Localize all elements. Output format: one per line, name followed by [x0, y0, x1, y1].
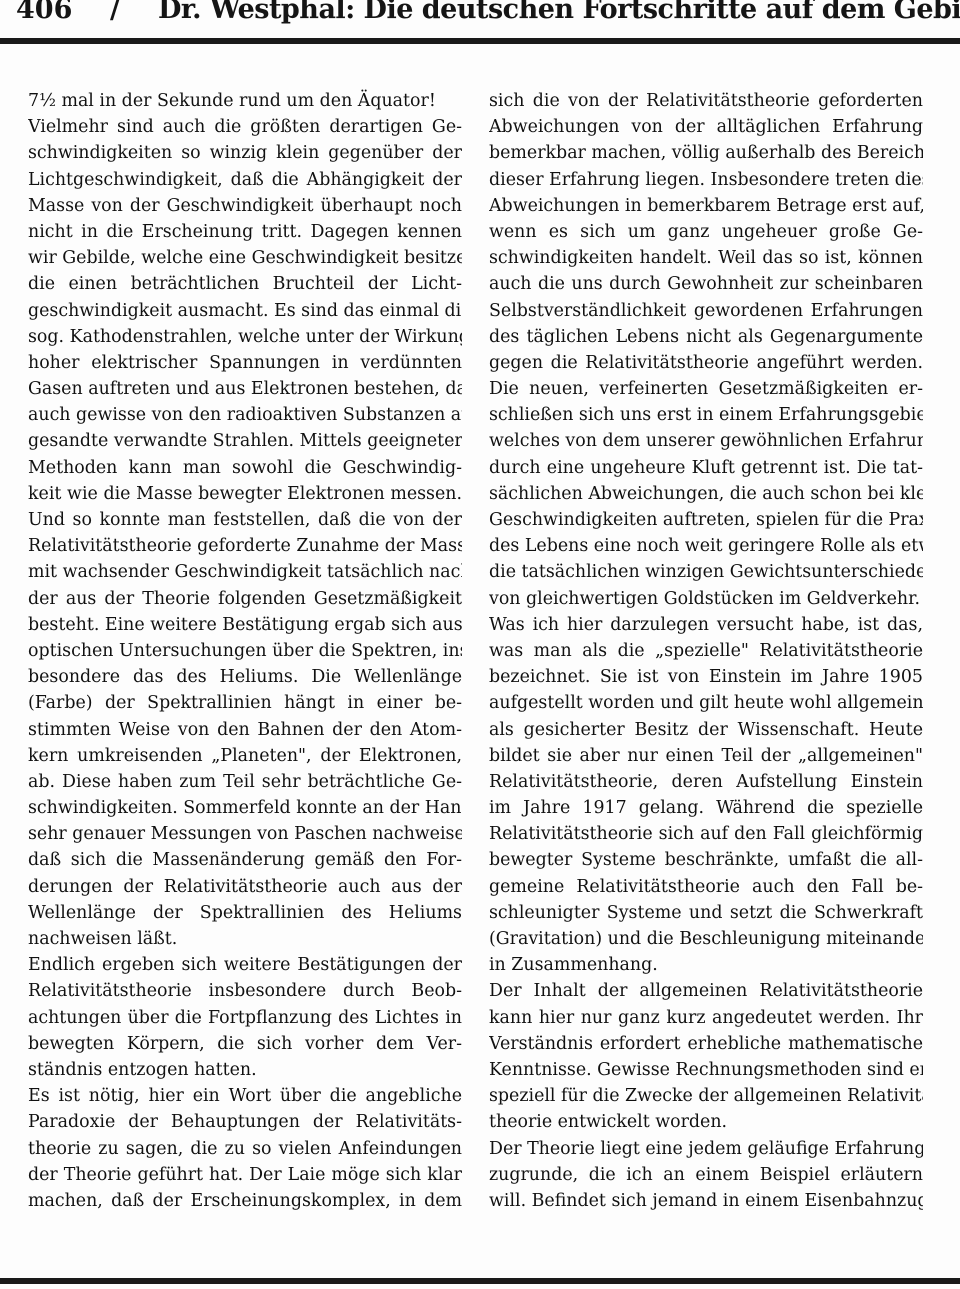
text-line: daß sich die Massenänderung gemäß den Fo… — [28, 847, 462, 873]
text-line: (Farbe) der Spektrallinien hängt in eine… — [28, 690, 462, 716]
text-line: dieser Erfahrung liegen. Insbesondere tr… — [489, 167, 923, 193]
text-line: sächlichen Abweichungen, die auch schon … — [489, 481, 923, 507]
text-line: optischen Untersuchungen über die Spektr… — [28, 638, 462, 664]
text-line: was man als die „spezielle" Relativitäts… — [489, 638, 923, 664]
text-line: besondere das des Heliums. Die Wellenlän… — [28, 664, 462, 690]
text-line: keit wie die Masse bewegter Elektronen m… — [28, 481, 462, 507]
text-line: schwindigkeiten. Sommerfeld konnte an de… — [28, 795, 462, 821]
text-line: schwindigkeiten handelt. Weil das so ist… — [489, 245, 923, 271]
text-line: Verständnis erfordert erhebliche mathema… — [489, 1031, 923, 1057]
text-line: nicht in die Erscheinung tritt. Dagegen … — [28, 219, 462, 245]
text-line: Und so konnte man feststellen, daß die v… — [28, 507, 462, 533]
text-line: ständnis entzogen hatten. — [28, 1057, 462, 1083]
text-line: Abweichungen von der alltäglichen Erfahr… — [489, 114, 923, 140]
text-line: schleunigter Systeme und setzt die Schwe… — [489, 900, 923, 926]
text-line: hoher elektrischer Spannungen in verdünn… — [28, 350, 462, 376]
text-line: der Theorie geführt hat. Der Laie möge s… — [28, 1162, 462, 1188]
text-line: Lichtgeschwindigkeit, daß die Abhängigke… — [28, 167, 462, 193]
text-line: Geschwindigkeiten auftreten, spielen für… — [489, 507, 923, 533]
text-line: nachweisen läßt. — [28, 926, 462, 952]
text-line: kann hier nur ganz kurz angedeutet werde… — [489, 1005, 923, 1031]
text-line: gegen die Relativitätstheorie angeführt … — [489, 350, 923, 376]
text-line: bezeichnet. Sie ist von Einstein im Jahr… — [489, 664, 923, 690]
text-line: Die neuen, verfeinerten Gesetzmäßigkeite… — [489, 376, 923, 402]
text-line: kern umkreisenden „Planeten", der Elektr… — [28, 743, 462, 769]
text-line: des täglichen Lebens nicht als Gegenargu… — [489, 324, 923, 350]
text-line: speziell für die Zwecke der allgemeinen … — [489, 1083, 923, 1109]
text-line: besteht. Eine weitere Bestätigung ergab … — [28, 612, 462, 638]
text-line: durch eine ungeheure Kluft getrennt ist.… — [489, 455, 923, 481]
text-line: Relativitätstheorie geforderte Zunahme d… — [28, 533, 462, 559]
right-column: sich die von der Relativitätstheorie gef… — [489, 88, 923, 1214]
running-header: 406 / Dr. Westphal: Die deutschen Fortsc… — [0, 0, 960, 34]
text-line: Paradoxie der Behauptungen der Relativit… — [28, 1109, 462, 1135]
text-line: als gesicherter Besitz der Wissenschaft.… — [489, 717, 923, 743]
text-line: von gleichwertigen Goldstücken im Geldve… — [489, 586, 923, 612]
text-line: auch gewisse von den radioaktiven Substa… — [28, 402, 462, 428]
text-line: zugrunde, die ich an einem Beispiel erlä… — [489, 1162, 923, 1188]
text-line: geschwindigkeit ausmacht. Es sind das ei… — [28, 298, 462, 324]
page-number: 406 — [16, 0, 72, 25]
text-line: theorie entwickelt worden. — [489, 1109, 923, 1135]
text-line: aufgestellt worden und gilt heute wohl a… — [489, 690, 923, 716]
text-line: Relativitätstheorie sich auf den Fall gl… — [489, 821, 923, 847]
text-line: 7½ mal in der Sekunde rund um den Äquato… — [28, 88, 462, 114]
text-line: sich die von der Relativitätstheorie gef… — [489, 88, 923, 114]
text-line: auch die uns durch Gewohnheit zur schein… — [489, 271, 923, 297]
text-line: wenn es sich um ganz ungeheuer große Ge- — [489, 219, 923, 245]
text-line: die tatsächlichen winzigen Gewichtsunter… — [489, 559, 923, 585]
text-line: Wellenlänge der Spektrallinien des Heliu… — [28, 900, 462, 926]
text-line: Der Theorie liegt eine jedem geläufige E… — [489, 1136, 923, 1162]
text-line: schließen sich uns erst in einem Erfahru… — [489, 402, 923, 428]
text-line: achtungen über die Fortpflanzung des Lic… — [28, 1005, 462, 1031]
text-line: machen, daß der Erscheinungskomplex, in … — [28, 1188, 462, 1214]
text-line: schwindigkeiten so winzig klein gegenübe… — [28, 140, 462, 166]
text-line: die einen beträchtlichen Bruchteil der L… — [28, 271, 462, 297]
text-line: Abweichungen in bemerkbarem Betrage erst… — [489, 193, 923, 219]
text-line: theorie zu sagen, die zu so vielen Anfei… — [28, 1136, 462, 1162]
text-line: Der Inhalt der allgemeinen Relativitätst… — [489, 978, 923, 1004]
text-line: Es ist nötig, hier ein Wort über die ang… — [28, 1083, 462, 1109]
text-line: Kenntnisse. Gewisse Rechnungsmethoden si… — [489, 1057, 923, 1083]
text-line: des Lebens eine noch weit geringere Roll… — [489, 533, 923, 559]
text-line: wir Gebilde, welche eine Geschwindigkeit… — [28, 245, 462, 271]
text-line: Masse von der Geschwindigkeit überhaupt … — [28, 193, 462, 219]
text-line: Relativitätstheorie insbesondere durch B… — [28, 978, 462, 1004]
text-line: Methoden kann man sowohl die Geschwindig… — [28, 455, 462, 481]
text-line: will. Befindet sich jemand in einem Eise… — [489, 1188, 923, 1214]
text-line: derungen der Relativitätstheorie auch au… — [28, 874, 462, 900]
text-line: im Jahre 1917 gelang. Während die spezie… — [489, 795, 923, 821]
footer-rule — [0, 1278, 960, 1284]
text-line: Selbstverständlichkeit gewordenen Erfahr… — [489, 298, 923, 324]
header-separator: / — [110, 0, 120, 25]
text-line: bewegten Körpern, die sich vorher dem Ve… — [28, 1031, 462, 1057]
text-line: bewegter Systeme beschränkte, umfaßt die… — [489, 847, 923, 873]
left-column: 7½ mal in der Sekunde rund um den Äquato… — [28, 88, 462, 1214]
text-line: ab. Diese haben zum Teil sehr beträchtli… — [28, 769, 462, 795]
text-line: sog. Kathodenstrahlen, welche unter der … — [28, 324, 462, 350]
text-line: Gasen auftreten und aus Elektronen beste… — [28, 376, 462, 402]
text-line: mit wachsender Geschwindigkeit tatsächli… — [28, 559, 462, 585]
text-line: (Gravitation) und die Beschleunigung mit… — [489, 926, 923, 952]
text-line: stimmten Weise von den Bahnen der den At… — [28, 717, 462, 743]
text-line: sehr genauer Messungen von Paschen nachw… — [28, 821, 462, 847]
text-line: welches von dem unserer gewöhnlichen Erf… — [489, 428, 923, 454]
text-line: bemerkbar machen, völlig außerhalb des B… — [489, 140, 923, 166]
text-line: bildet sie aber nur einen Teil der „allg… — [489, 743, 923, 769]
text-line: gemeine Relativitätstheorie auch den Fal… — [489, 874, 923, 900]
text-line: Was ich hier darzulegen versucht habe, i… — [489, 612, 923, 638]
text-line: der aus der Theorie folgenden Gesetzmäßi… — [28, 586, 462, 612]
text-line: Vielmehr sind auch die größten derartige… — [28, 114, 462, 140]
text-line: in Zusammenhang. — [489, 952, 923, 978]
running-title: Dr. Westphal: Die deutschen Fortschritte… — [158, 0, 960, 25]
header-rule — [0, 38, 960, 44]
text-line: gesandte verwandte Strahlen. Mittels gee… — [28, 428, 462, 454]
text-line: Relativitätstheorie, deren Aufstellung E… — [489, 769, 923, 795]
text-line: Endlich ergeben sich weitere Bestätigung… — [28, 952, 462, 978]
